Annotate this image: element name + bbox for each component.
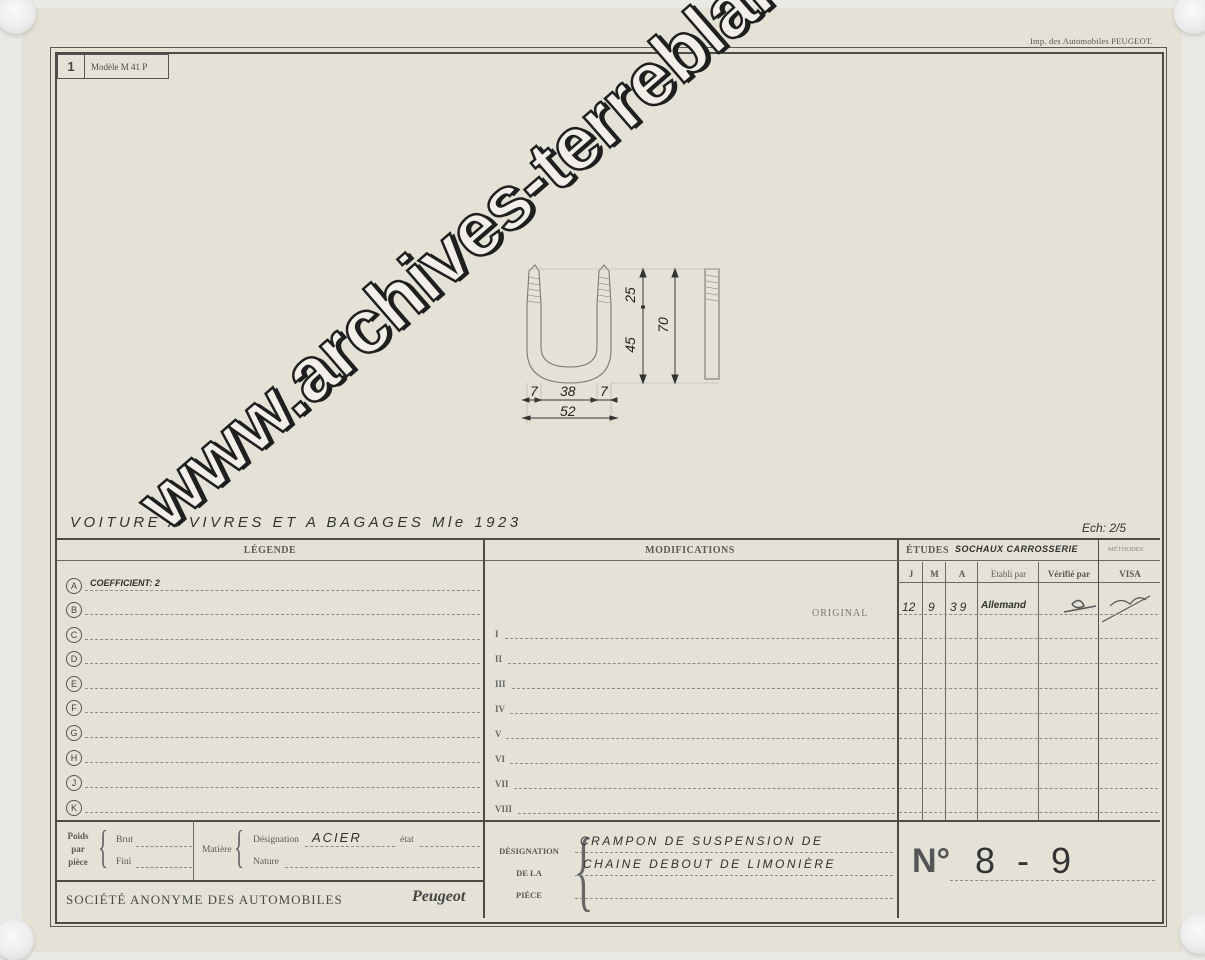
mod-line: [512, 688, 895, 689]
visa-signature-icon: [1100, 586, 1156, 626]
legend-line: [85, 590, 480, 591]
etudes-line: [899, 614, 1158, 615]
designation-field: [305, 846, 395, 847]
etabli-par-value: Allemand: [981, 600, 1026, 611]
legend-line: [85, 639, 480, 640]
designation-label: Désignation: [253, 835, 299, 845]
legend-line: [85, 663, 480, 664]
mod-row-label: VIII: [495, 804, 512, 814]
legend-a-text: COEFFICIENT: 2: [90, 578, 160, 588]
mod-row-label: VI: [495, 754, 505, 764]
numero-label: N°: [912, 842, 950, 881]
u-bolt-drawing: 25 45 70 7 38 7 52: [505, 255, 755, 435]
col-visa-label: VISA: [1100, 568, 1160, 581]
etudes-line: [899, 788, 1158, 789]
piece-line: [575, 875, 893, 876]
dim-thread: 25: [622, 287, 638, 304]
numero-value: 8 - 9: [975, 840, 1077, 882]
mod-row-label: II: [495, 654, 502, 664]
peugeot-logo: Peugeot: [412, 888, 465, 906]
titleblock-top-line: [57, 538, 1160, 540]
poids-label-line: par: [60, 843, 96, 856]
legend-line: [85, 688, 480, 689]
mod-row-label: IV: [495, 704, 505, 714]
numero-line: [950, 880, 1155, 881]
date-day: 12: [902, 600, 915, 614]
scale-label: Ech: 2/5: [1082, 521, 1126, 535]
mod-etudes-divider: [897, 538, 899, 918]
legend-marker-a: A: [66, 578, 82, 594]
poids-matiere-divider: [193, 820, 194, 880]
col-verifie-label: Vérifié par: [1040, 568, 1098, 581]
legend-line: [85, 712, 480, 713]
etudes-col-a: [977, 562, 978, 820]
legend-marker-g: G: [66, 725, 82, 741]
poids-label-line: Poids: [60, 830, 96, 843]
dim-inner-width: 38: [560, 383, 576, 399]
dim-total-width: 52: [560, 403, 576, 419]
col-a-label: A: [947, 568, 977, 581]
dim-inner-height: 45: [622, 337, 638, 353]
fini-label: Fini: [116, 857, 131, 867]
mod-row-label: V: [495, 729, 502, 739]
legend-marker-c: C: [66, 627, 82, 643]
mod-line: [514, 788, 895, 789]
etudes-col-j: [922, 562, 923, 820]
etat-label: état: [400, 835, 414, 845]
matiere-label: Matière: [202, 845, 232, 855]
etudes-line: [899, 638, 1158, 639]
poids-label-line: pièce: [60, 856, 96, 869]
mod-row-label: III: [495, 679, 506, 689]
col-j-label: J: [900, 568, 922, 581]
dim-right-leg: 7: [600, 383, 609, 399]
legend-marker-d: D: [66, 651, 82, 667]
verifie-signature-icon: [1062, 592, 1098, 616]
legend-marker-j: J: [66, 775, 82, 791]
piece-name-line1: CRAMPON DE SUSPENSION DE: [580, 834, 823, 848]
vehicle-title: VOITURE A VIVRES ET A BAGAGES Mle 1923: [70, 514, 522, 531]
piece-name-line2: CHAINE DEBOUT DE LIMONIÈRE: [583, 857, 836, 871]
dim-left-leg: 7: [530, 383, 539, 399]
etudes-cols-line: [897, 582, 1160, 583]
footer-line: [57, 880, 483, 882]
legend-line: [85, 614, 480, 615]
etudes-header-line: [897, 560, 1160, 561]
etudes-line: [899, 812, 1158, 813]
piece-label-line: DE LA: [490, 862, 568, 884]
legend-header-line: [57, 560, 897, 561]
etudes-line: [899, 738, 1158, 739]
etudes-line: [899, 688, 1158, 689]
poids-brace: {: [98, 824, 108, 870]
legend-marker-e: E: [66, 676, 82, 692]
piece-line: [575, 898, 893, 899]
matiere-brace: {: [234, 824, 244, 870]
col-etabli-label: Etabli par: [979, 568, 1038, 581]
piece-label-line: PIÈCE: [490, 884, 568, 906]
mod-line: [518, 813, 895, 814]
methodes-header: MÉTHODES: [1108, 546, 1143, 553]
mod-line: [506, 738, 895, 739]
original-label: ORIGINAL: [812, 608, 868, 619]
legend-line: [85, 787, 480, 788]
mod-row-label: VII: [495, 779, 509, 789]
dim-total-height: 70: [655, 317, 671, 333]
mod-line: [508, 663, 895, 664]
piece-line: [575, 852, 893, 853]
legend-marker-k: K: [66, 800, 82, 816]
lower-block-line: [57, 820, 1160, 822]
legend-marker-f: F: [66, 700, 82, 716]
mod-row-label: I: [495, 629, 499, 639]
etudes-col-m: [945, 562, 946, 820]
legend-line: [85, 812, 480, 813]
etudes-handwritten: SOCHAUX CARROSSERIE: [955, 544, 1078, 554]
nature-label: Nature: [253, 857, 279, 867]
brut-label: Brut: [116, 835, 133, 845]
poids-label: Poids par pièce: [60, 830, 96, 869]
pushpin-bottom-right: [1180, 914, 1205, 954]
etudes-line: [899, 763, 1158, 764]
etudes-line: [899, 663, 1158, 664]
designation-value: ACIER: [312, 830, 362, 845]
legend-header: LÉGENDE: [57, 545, 483, 556]
date-month: 9: [928, 600, 935, 614]
etudes-line: [899, 713, 1158, 714]
model-label: Modèle M 41 P: [85, 55, 168, 78]
brut-field: [136, 846, 192, 847]
fini-field: [136, 867, 192, 868]
piece-label-line: DÉSIGNATION: [490, 840, 568, 862]
date-year: 39: [950, 600, 969, 614]
pushpin-bottom-left: [0, 920, 34, 960]
mod-line: [510, 713, 895, 714]
legend-marker-h: H: [66, 750, 82, 766]
etudes-col-visa: [1098, 538, 1099, 820]
company-name: SOCIÉTÉ ANONYME DES AUTOMOBILES: [66, 892, 343, 908]
printer-imprint: Imp. des Automobiles PEUGEOT.: [1030, 36, 1153, 46]
nature-field: [285, 867, 480, 868]
piece-label: DÉSIGNATION DE LA PIÈCE: [490, 840, 568, 906]
legend-mod-divider: [483, 538, 485, 918]
model-box: 1 Modèle M 41 P: [57, 54, 169, 79]
legend-line: [85, 762, 480, 763]
legend-line: [85, 737, 480, 738]
mod-line: [510, 763, 895, 764]
etudes-header: ÉTUDES: [906, 545, 949, 556]
sheet-number: 1: [58, 55, 85, 78]
etat-field: [420, 846, 480, 847]
etudes-col-etabli: [1038, 562, 1039, 820]
col-m-label: M: [924, 568, 945, 581]
mod-line: [505, 638, 895, 639]
legend-marker-b: B: [66, 602, 82, 618]
modifications-header: MODIFICATIONS: [483, 545, 897, 556]
